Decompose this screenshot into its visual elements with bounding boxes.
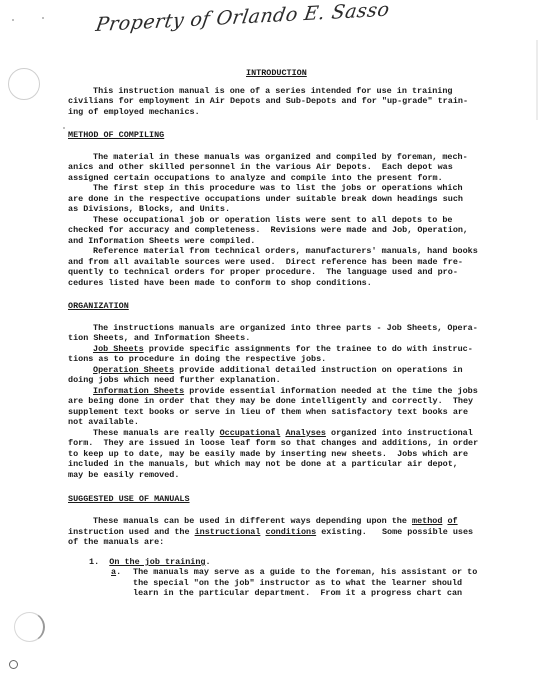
method-line: cedures listed have been made to conform… [68,278,372,288]
org-line: included in the manuals, but which may n… [68,459,458,469]
section-title-method: METHOD OF COMPILING [68,130,164,140]
term-method: method [412,516,442,526]
org-line: tions as to procedure in doing the respe… [68,354,326,364]
speck [12,19,14,21]
org-line: Job Sheets provide specific assignments … [93,344,473,354]
suggested-text: instruction used and the [68,527,195,537]
list-item-title: On the job training [109,557,205,567]
binder-clip-mark [9,660,18,669]
org-line: These manuals are really Occupational An… [93,428,473,438]
speck [42,17,44,19]
term-job-sheets: Job Sheets [93,344,144,354]
method-line: anics and other skilled personnel in the… [68,162,453,172]
punch-hole-mark [8,68,40,100]
list-item-1: 1. On the job training. [89,557,211,567]
intro-line: ing of employed mechanics. [68,107,200,117]
intro-line: This instruction manual is one of a seri… [93,86,453,96]
suggested-line: These manuals can be used in different w… [93,516,458,526]
org-line: supplement text books or serve in lieu o… [68,407,468,417]
intro-line: civilians for employment in Air Depots a… [68,96,468,106]
sub-item-line: The manuals may serve as a guide to the … [133,567,477,577]
org-line: The instructions manuals are organized i… [93,323,478,333]
org-line: are being done in order that they may be… [68,396,473,406]
term-of: of [447,516,457,526]
method-line: checked for accuracy and completeness. R… [68,225,468,235]
org-line: Information Sheets provide essential inf… [93,386,478,396]
method-line: The first step in this procedure was to … [93,183,463,193]
sub-item-a: a. [111,567,121,577]
org-line: tion Sheets, and Information Sheets. [68,333,250,343]
org-line: doing jobs which need further explanatio… [68,375,281,385]
document-page: Property of Orlando E. Sasso INTRODUCTIO… [0,0,540,700]
org-text: organized into instructional [326,428,473,438]
org-line: form. They are issued in loose leaf form… [68,438,478,448]
method-line: quently to technical orders for proper p… [68,267,458,277]
org-line: to keep up to date, may be easily made b… [68,449,468,459]
method-line: and from all available sources were used… [68,257,463,267]
method-line: as Divisions, Blocks, and Units. [68,204,230,214]
speck [63,127,65,129]
org-text: provide specific assignments for the tra… [144,344,473,354]
method-line: Reference material from technical orders… [93,246,478,256]
method-line: The material in these manuals was organi… [93,152,468,162]
page-edge [536,40,538,120]
list-number: 1. [89,557,99,567]
org-line: may be easily removed. [68,470,179,480]
punch-hole-mark [14,612,45,642]
org-text: provide additional detailed instruction … [174,365,463,375]
term-operation-sheets: Operation Sheets [93,365,174,375]
suggested-text: existing. Some possible uses [316,527,473,537]
punct: . [206,557,211,567]
suggested-line: instruction used and the instructional c… [68,527,473,537]
punct: . [116,567,121,577]
term-analyses: Analyses [285,428,326,438]
term-conditions: conditions [266,527,317,537]
section-title-introduction: INTRODUCTION [246,68,307,78]
org-text: provide essential information needed at … [184,386,478,396]
suggested-text: These manuals can be used in different w… [93,516,412,526]
method-line: are done in the respective occupations u… [68,194,463,204]
suggested-line: of the manuals are: [68,537,164,547]
sub-item-line: learn in the particular department. From… [133,588,462,598]
handwritten-signature: Property of Orlando E. Sasso [94,0,391,36]
term-information-sheets: Information Sheets [93,386,184,396]
section-title-organization: ORGANIZATION [68,301,129,311]
org-text: These manuals are really [93,428,220,438]
method-line: These occupational job or operation list… [93,215,453,225]
org-line: Operation Sheets provide additional deta… [93,365,463,375]
sub-item-line: the special "on the job" instructor as t… [133,578,462,588]
section-title-suggested-use: SUGGESTED USE OF MANUALS [68,494,190,504]
term-instructional: instructional [195,527,261,537]
method-line: and Information Sheets were compiled. [68,236,255,246]
term-occupational: Occupational [220,428,281,438]
org-line: not available. [68,417,139,427]
method-line: assigned certain occupations to analyze … [68,173,443,183]
